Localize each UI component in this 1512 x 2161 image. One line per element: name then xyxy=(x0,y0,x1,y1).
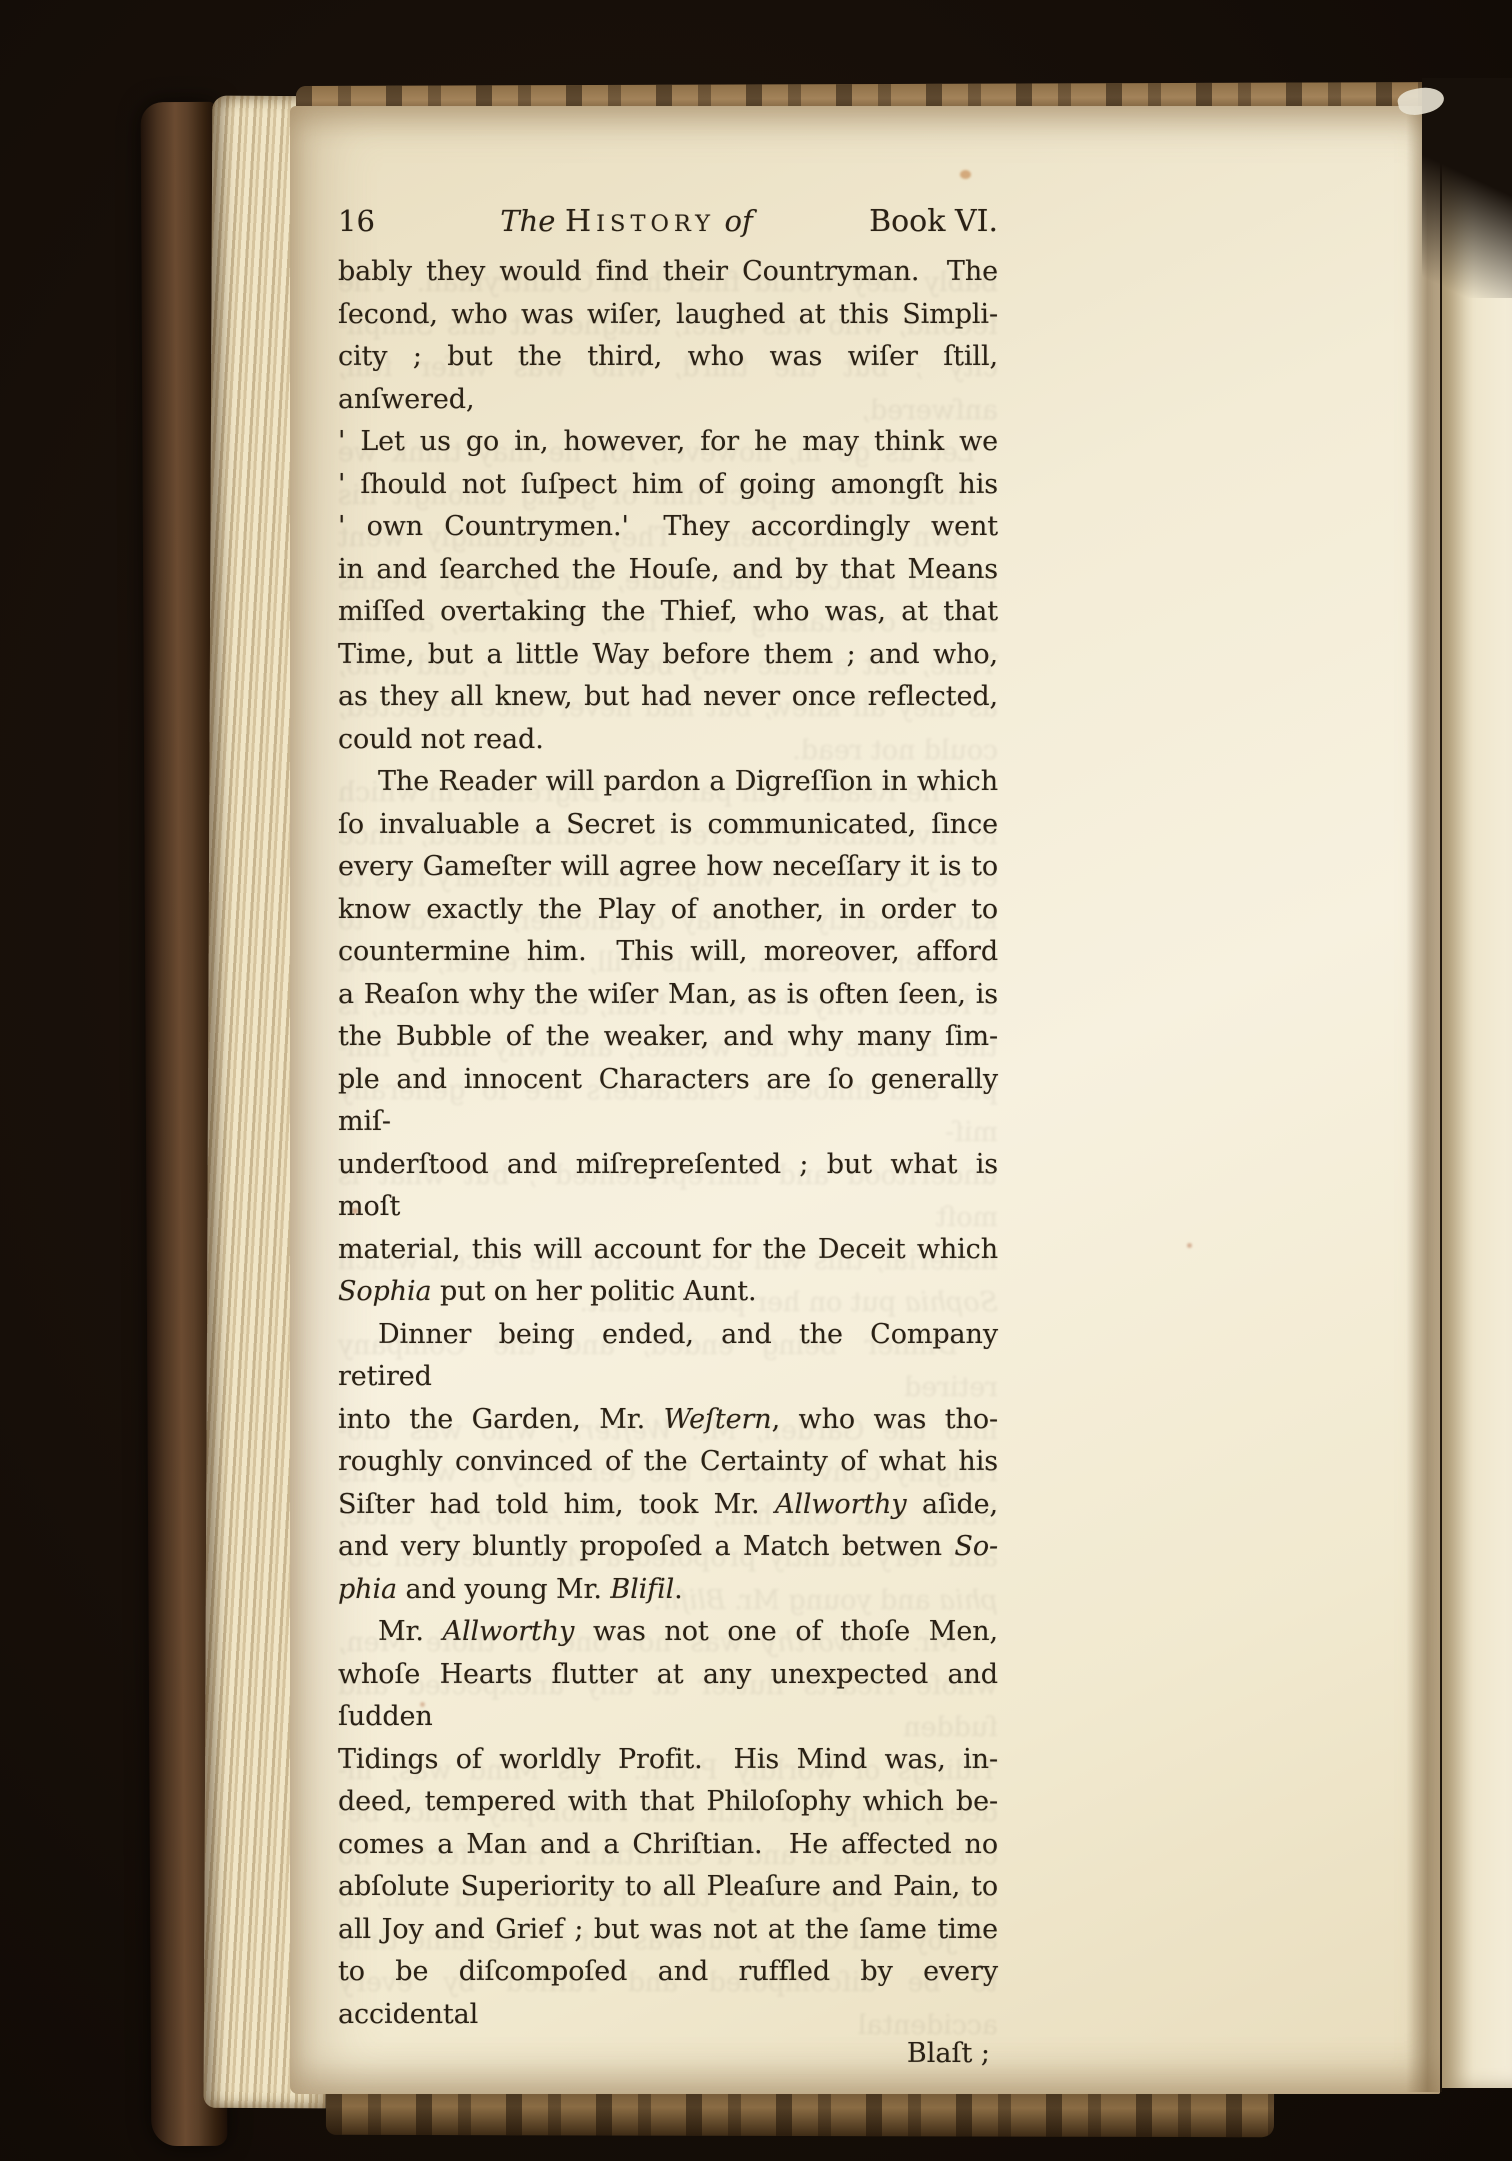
text-line: comes a Man and a Chriſtian. He affected… xyxy=(338,1824,998,1867)
catchword: Blaſt ; xyxy=(338,2038,998,2069)
text-line: ſo invaluable a Secret is communicated, … xyxy=(338,804,998,847)
text-line: Siſter had told him, took Mr. Allworthy … xyxy=(338,1484,998,1527)
text-line: know exactly the Play of another, in ord… xyxy=(338,889,998,932)
title-initial: H xyxy=(565,204,596,239)
body-text: bably they would find their Countryman. … xyxy=(338,251,998,2036)
text-line: Dinner being ended, and the Company reti… xyxy=(338,1314,998,1399)
text-line: countermine him. This will, moreover, af… xyxy=(338,931,998,974)
text-line: The Reader will pardon a Digreſſion in w… xyxy=(338,761,998,804)
text-line: city ; but the third, who was wiſer ſtil… xyxy=(338,336,998,421)
text-line: abſolute Superiority to all Pleaſure and… xyxy=(338,1866,998,1909)
text-line: ple and innocent Characters are ſo gener… xyxy=(338,1059,998,1144)
text-line: Mr. Allworthy was not one of thoſe Men, xyxy=(338,1611,998,1654)
paragraph: The Reader will pardon a Digreſſion in w… xyxy=(338,761,998,1314)
text-line: as they all knew, but had never once ref… xyxy=(338,676,998,719)
text-line: in and ſearched the Houſe, and by that M… xyxy=(338,549,998,592)
title-of: of xyxy=(725,204,753,238)
running-header: 16 The HISTORY of Book VI. xyxy=(338,204,998,239)
book-volume-label: Book VI. xyxy=(803,204,998,239)
text-line: a Reaſon why the wiſer Man, as is often … xyxy=(338,974,998,1017)
paragraph: Dinner being ended, and the Company reti… xyxy=(338,1314,998,1612)
gutter-shadow xyxy=(1406,98,1442,2092)
text-line: roughly convinced of the Certainty of wh… xyxy=(338,1441,998,1484)
paragraph: Mr. Allworthy was not one of thoſe Men,w… xyxy=(338,1611,998,2036)
title-rest: ISTORY xyxy=(596,211,715,237)
text-line: every Gameſter will agree how neceſſary … xyxy=(338,846,998,889)
text-line: phia and young Mr. Blifil. xyxy=(338,1569,998,1612)
text-line: miſſed overtaking the Thief, who was, at… xyxy=(338,591,998,634)
text-line: Sophia put on her politic Aunt. xyxy=(338,1271,998,1314)
title-the: The xyxy=(500,204,555,238)
text-line: deed, tempered with that Philoſophy whic… xyxy=(338,1781,998,1824)
text-line: Tidings of worldly Profit. His Mind was,… xyxy=(338,1739,998,1782)
text-line: Time, but a little Way before them ; and… xyxy=(338,634,998,677)
text-line: all Joy and Grief ; but was not at the ſ… xyxy=(338,1909,998,1952)
running-title: The HISTORY of xyxy=(450,204,803,239)
text-line: bably they would find their Countryman. … xyxy=(338,251,998,294)
printed-text-block: 16 The HISTORY of Book VI. bably they wo… xyxy=(338,204,998,2069)
text-line: material, this will account for the Dece… xyxy=(338,1229,998,1272)
page-number: 16 xyxy=(338,204,450,238)
text-line: the Bubble of the weaker, and why many ſ… xyxy=(338,1016,998,1059)
text-line: underſtood and miſrepreſented ; but what… xyxy=(338,1144,998,1229)
text-line: ' own Countrymen.' They accordingly went xyxy=(338,506,998,549)
text-line: could not read. xyxy=(338,719,998,762)
foxing-spot xyxy=(1187,1243,1192,1248)
facing-page-edge xyxy=(1442,96,1512,2088)
text-line: ' Let us go in, however, for he may thin… xyxy=(338,421,998,464)
foxing-spot xyxy=(960,170,971,179)
text-line: into the Garden, Mr. Weſtern, who was th… xyxy=(338,1399,998,1442)
text-line: and very bluntly propoſed a Match betwen… xyxy=(338,1526,998,1569)
text-line: whoſe Hearts flutter at any unexpected a… xyxy=(338,1654,998,1739)
text-line: ' ſhould not ſuſpect him of going amongſ… xyxy=(338,464,998,507)
top-right-corner-shadow xyxy=(1422,78,1512,298)
text-line: ſecond, who was wiſer, laughed at this S… xyxy=(338,294,998,337)
paragraph: bably they would find their Countryman. … xyxy=(338,251,998,761)
text-line: to be diſcompoſed and ruffled by every a… xyxy=(338,1951,998,2036)
